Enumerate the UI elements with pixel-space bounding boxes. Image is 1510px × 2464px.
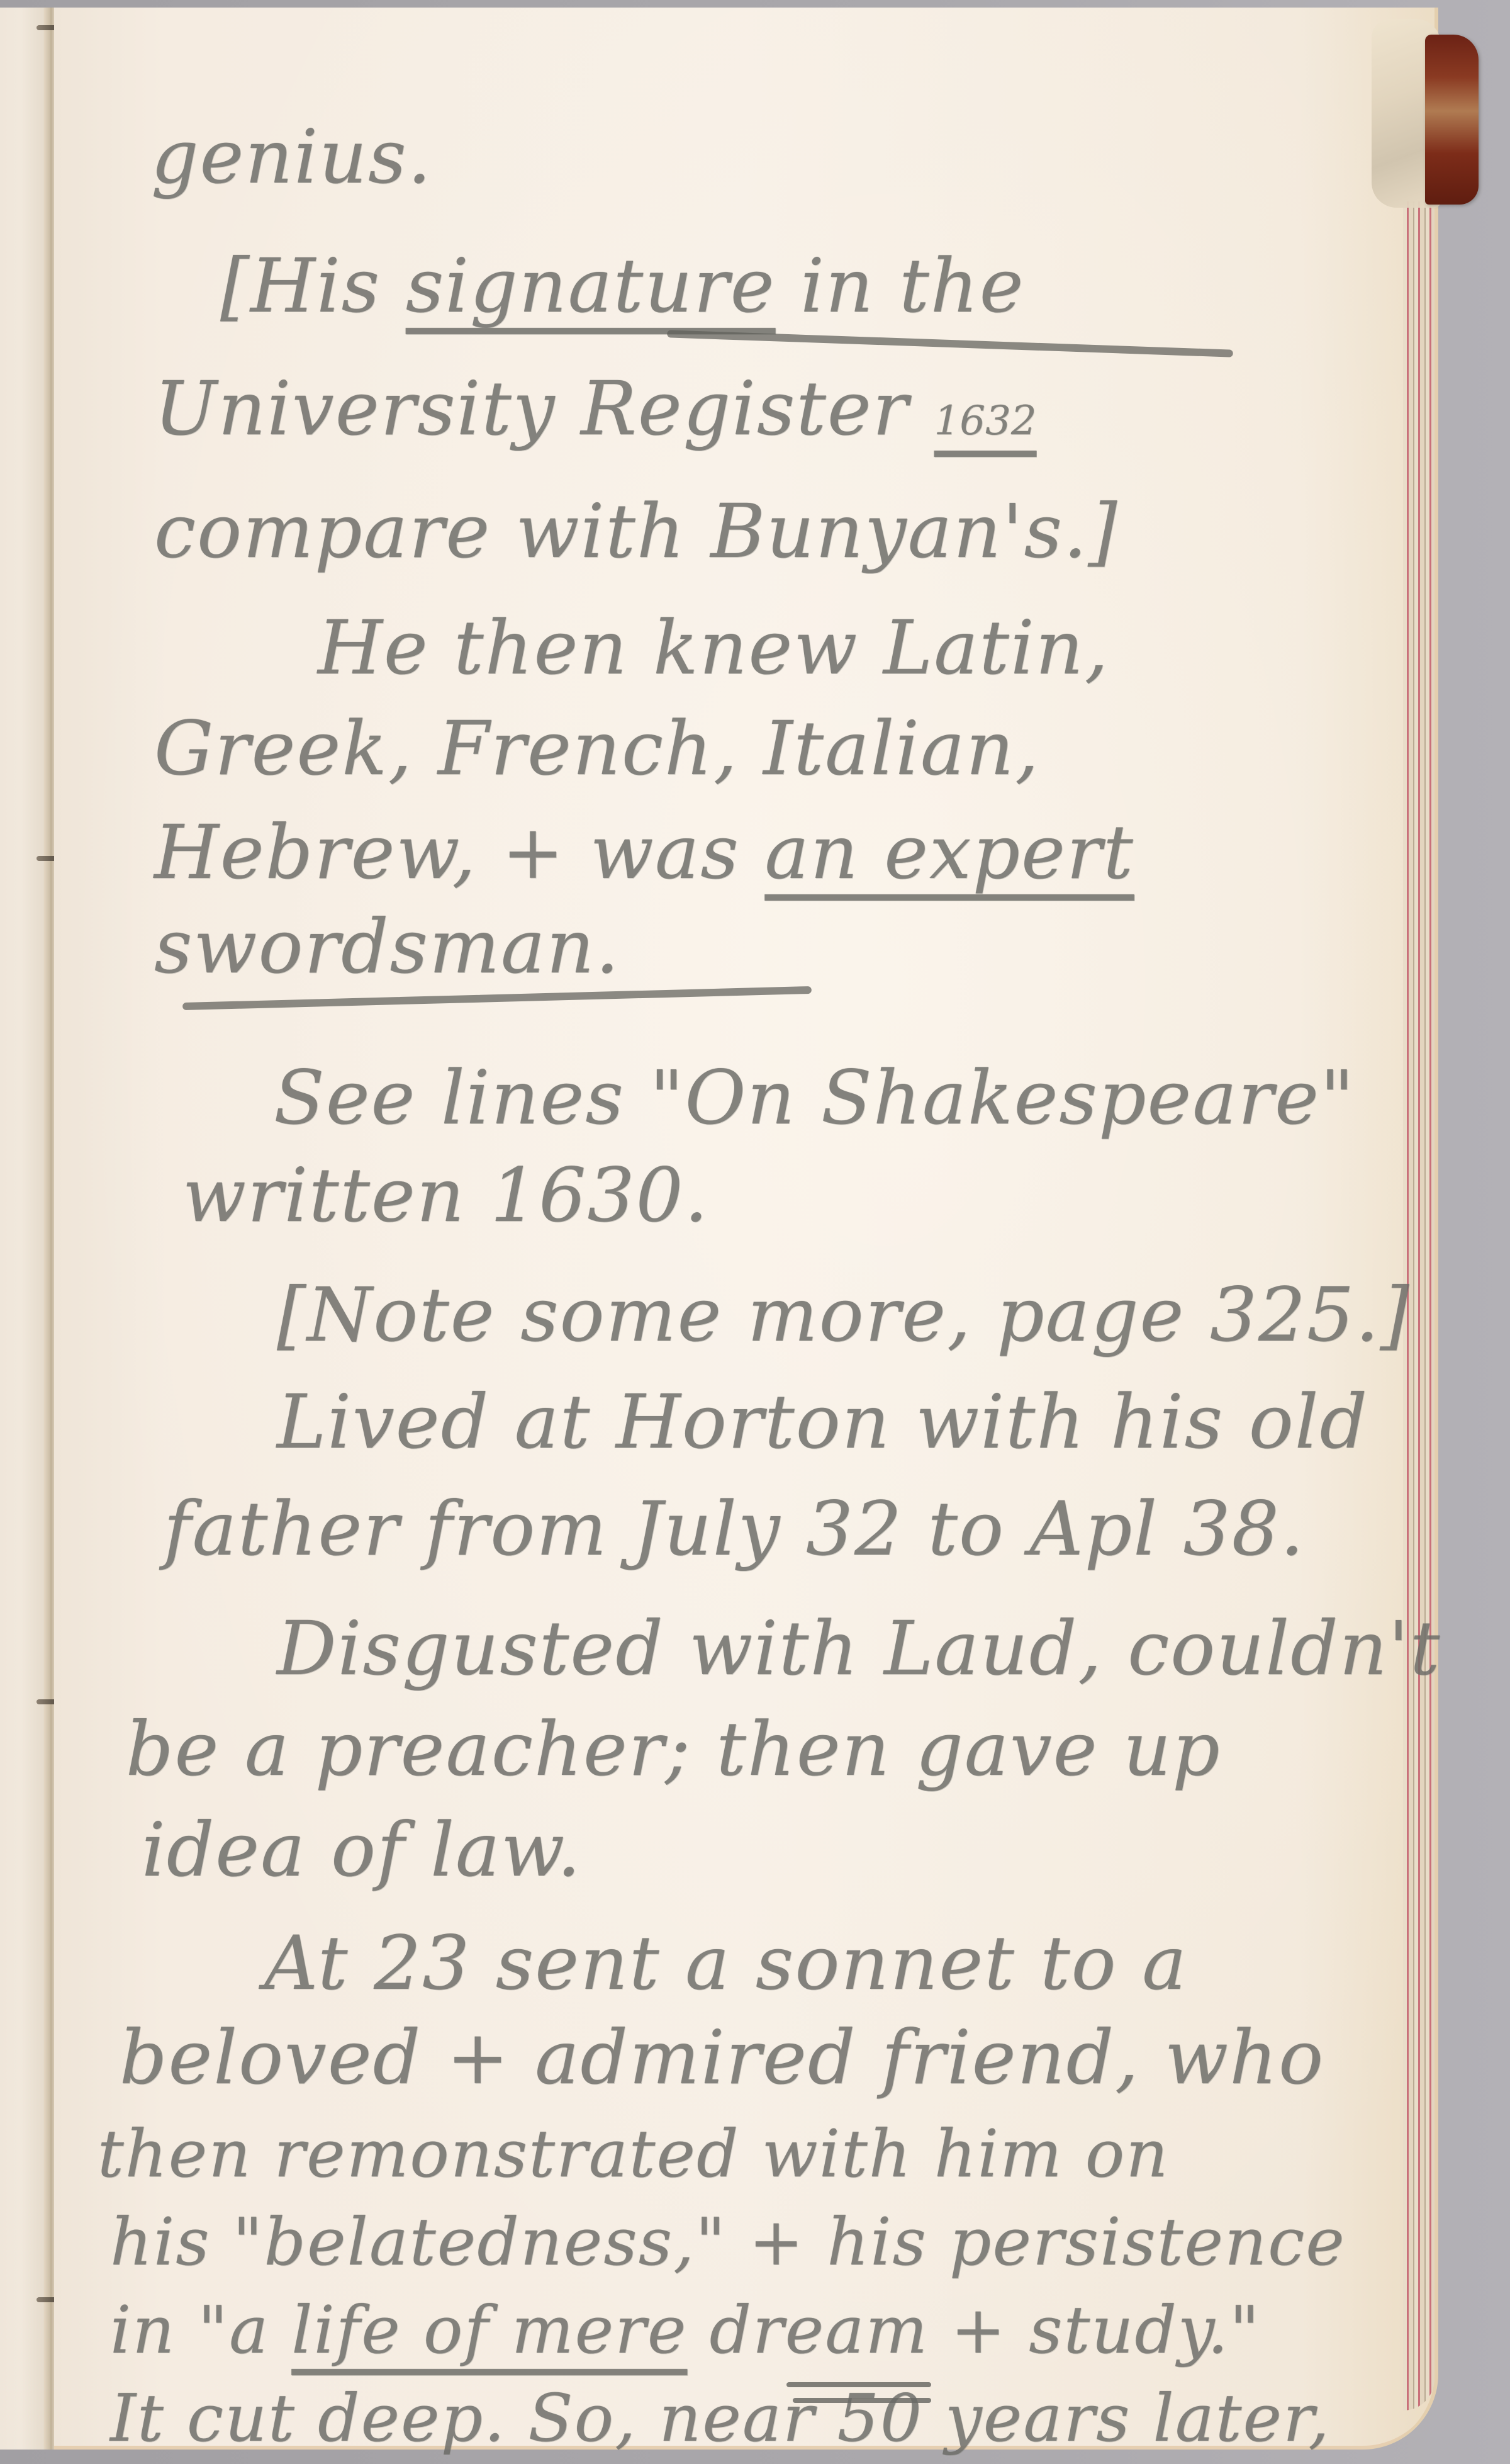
handwritten-line: his "belatedness," + his persistence	[110, 2209, 1346, 2275]
handwritten-line: father from July 32 to Apl 38.	[164, 1492, 1305, 1566]
handwritten-line: then remonstrated with him on	[98, 2121, 1169, 2186]
line-text: compare with Bunyan's.]	[154, 488, 1119, 575]
handwritten-line: compare with Bunyan's.]	[154, 494, 1119, 568]
line-text: Greek, French, Italian,	[154, 705, 1040, 792]
underlined-phrase: life of mere	[291, 2292, 687, 2368]
handwritten-line: written 1630.	[182, 1158, 709, 1232]
handwritten-line: University Register 1632	[154, 371, 1037, 446]
line-text: in "a	[110, 2292, 291, 2368]
underlined-word: signature	[406, 242, 776, 329]
line-text: [Note some more, page 325.]	[277, 1271, 1411, 1358]
handwritten-line: be a preacher; then gave up	[126, 1712, 1221, 1786]
line-text: beloved + admired friend, who	[120, 2014, 1324, 2101]
line-text: swordsman.	[154, 903, 620, 990]
line-text: University Register	[154, 365, 909, 452]
line-text: Lived at Horton with his old	[277, 1378, 1368, 1465]
handwritten-line: At 23 sent a sonnet to a	[264, 1926, 1188, 2000]
line-text: [His	[220, 242, 406, 329]
line-text: his "belatedness," + his persistence	[110, 2203, 1346, 2280]
line-text: then remonstrated with him on	[98, 2115, 1169, 2192]
double-underlined-word: dream	[709, 2292, 928, 2368]
line-text: + study."	[929, 2292, 1261, 2368]
line-text: idea of law.	[142, 1806, 582, 1893]
line-text: in the	[776, 242, 1025, 329]
year-annotation: 1632	[934, 398, 1037, 444]
handwritten-line: genius.	[151, 120, 432, 194]
line-text: genius.	[151, 113, 432, 200]
line-text: At 23 sent a sonnet to a	[264, 1920, 1188, 2006]
handwritten-line: swordsman.	[154, 909, 620, 984]
line-text: written 1630.	[182, 1152, 709, 1239]
handwritten-line: Greek, French, Italian,	[154, 711, 1040, 785]
handwritten-line: beloved + admired friend, who	[120, 2020, 1324, 2095]
handwritten-line: Disgusted with Laud, couldn't	[277, 1611, 1441, 1685]
line-text: He then knew Latin,	[318, 604, 1109, 691]
line-text: Hebrew, + was	[154, 809, 764, 896]
leather-cover-corner	[1425, 35, 1479, 205]
handwritten-line: [Note some more, page 325.]	[277, 1278, 1411, 1352]
line-text: Disgusted with Laud, couldn't	[277, 1605, 1441, 1692]
handwritten-line: Hebrew, + was an expert	[154, 815, 1134, 889]
line-text: father from July 32 to Apl 38.	[164, 1485, 1305, 1572]
handwritten-line: See lines "On Shakespeare"	[274, 1060, 1355, 1135]
handwritten-line: Lived at Horton with his old	[277, 1385, 1368, 1459]
handwritten-line: idea of law.	[142, 1813, 582, 1887]
handwritten-line: It cut deep. So, near 50 years later,	[110, 2385, 1330, 2451]
line-text: It cut deep. So, near 50 years later,	[110, 2380, 1330, 2456]
line-text: be a preacher; then gave up	[126, 1706, 1221, 1792]
line-text: See lines "On Shakespeare"	[274, 1054, 1355, 1141]
handwritten-line: He then knew Latin,	[318, 610, 1109, 685]
handwritten-line: in "a life of mere dream + study."	[110, 2297, 1261, 2363]
underlined-phrase: an expert	[764, 809, 1134, 896]
line-text	[687, 2292, 709, 2368]
handwritten-line: [His signature in the	[220, 249, 1025, 323]
